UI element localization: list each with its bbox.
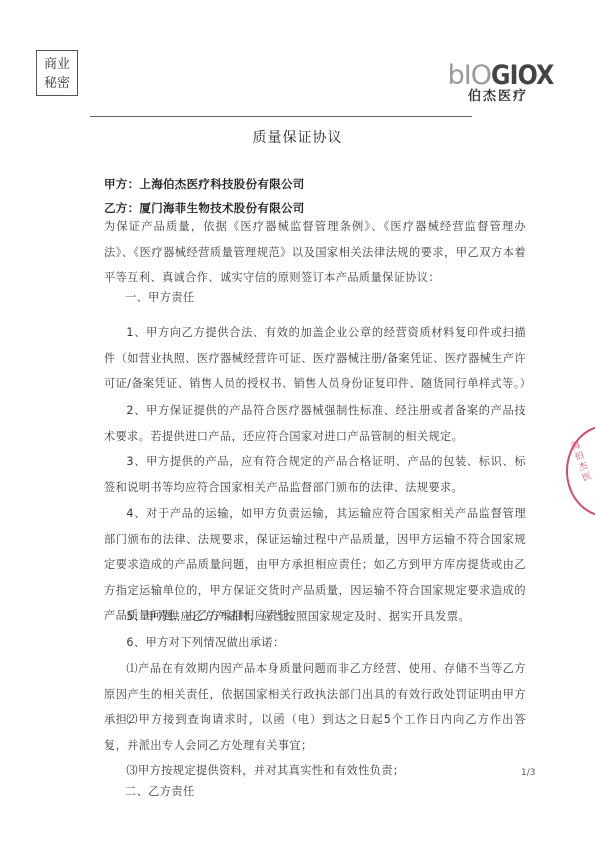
- header-divider: [90, 116, 472, 117]
- confidential-label-line2: 秘密: [37, 74, 77, 93]
- sub-clause-3: ⑶甲方按规定提供资料，并对其真实性和有效性负责；: [104, 758, 526, 784]
- confidential-label-line1: 商业: [37, 55, 77, 74]
- clause-3: 3、甲方提供的产品，应有符合规定的产品合格证明、产品的包装、标识、标签和说明书等…: [104, 449, 526, 500]
- page-number: 1/3: [521, 768, 535, 778]
- clause-6: 6、甲方对下列情况做出承诺：: [104, 630, 526, 656]
- logo-giox: GIOX: [491, 62, 553, 90]
- logo-bio: bIO: [448, 60, 491, 91]
- sub-clause-2: ⑵甲方接到查询请求时，以函（电）到达之日起5个工作日内向乙方作出答复，并派出专人…: [104, 707, 526, 758]
- logo-chinese-name: 伯杰医疗: [437, 90, 562, 104]
- logo-wordmark: bIOGIOX: [437, 62, 562, 90]
- document-title: 质量保证协议: [0, 127, 595, 147]
- section-heading-party-b-duties: 二、乙方责任: [125, 783, 195, 799]
- confidential-stamp-box: 商业 秘密: [36, 50, 78, 96]
- clause-5: 5、甲方供应乙方产品时，应当按照国家规定及时、据实开具发票。: [104, 604, 526, 630]
- party-a: 甲方：上海伯杰医疗科技股份有限公司: [104, 176, 305, 192]
- preamble-paragraph: 为保证产品质量，依据《医疗器械监督管理条例》、《医疗器械经营监督管理办法》、《医…: [104, 214, 526, 291]
- company-logo: bIOGIOX 伯杰医疗: [437, 62, 562, 104]
- section-heading-party-a-duties: 一、甲方责任: [125, 289, 195, 305]
- clause-2: 2、甲方保证提供的产品符合医疗器械强制性标准、经注册或者备案的产品技术要求。若提…: [104, 398, 526, 449]
- clause-1: 1、甲方向乙方提供合法、有效的加盖企业公章的经营资质材料复印件或扫描件（如营业执…: [104, 320, 526, 397]
